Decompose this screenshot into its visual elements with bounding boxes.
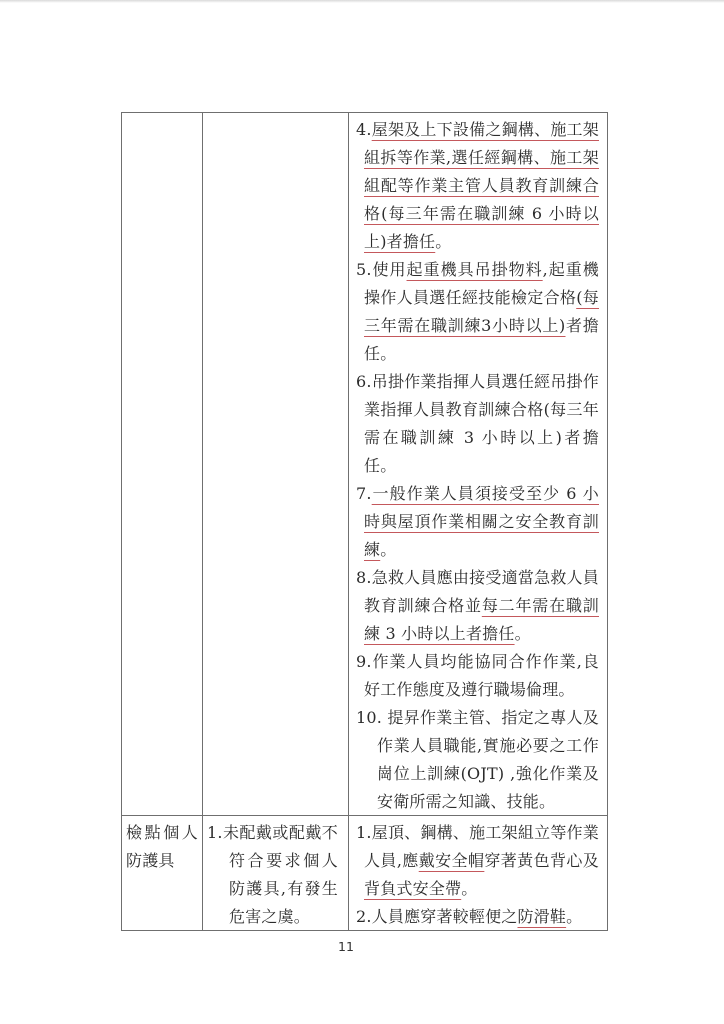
numbered-list-item: 8.急救人員應由接受適當急救人員教育訓練合格並每二年需在職訓練 3 小時以上者擔… [356, 564, 599, 648]
item-number: 8. [356, 568, 372, 587]
item-number: 1. [207, 823, 223, 842]
red-underlined-text: 起重機具吊掛物料 [407, 260, 543, 279]
red-underlined-text: 背負式安全帶 [364, 879, 461, 898]
red-underlined-text: 戴安全帽 [419, 851, 485, 870]
item-number: 7. [356, 484, 372, 503]
text-segment: 提昇作業主管、指定之專人及作業人員職能,實施必要之工作崗位上訓練(OJT) ,強… [377, 708, 599, 811]
text-segment: 。 [380, 540, 396, 559]
item-number: 10. [356, 708, 387, 727]
item-number: 1. [356, 823, 372, 842]
numbered-list-item: 5.使用起重機具吊掛物料,起重機操作人員選任經技能檢定合格(每三年需在職訓練3小… [356, 256, 599, 368]
cell-category-ppe-check: 檢點個人防護具 [122, 816, 203, 931]
numbered-list-item: 1.屋頂、鋼構、施工架組立等作業人員,應戴安全帽穿著黃色背心及背負式安全帶。 [356, 819, 599, 903]
safety-inspection-table: 4.屋架及上下設備之鋼構、施工架組拆等作業,選任經鋼構、施工架組配等作業主管人員… [121, 112, 608, 931]
cell-measures-items-4-10: 4.屋架及上下設備之鋼構、施工架組拆等作業,選任經鋼構、施工架組配等作業主管人員… [349, 113, 607, 816]
text-segment: 。 [461, 879, 477, 898]
text-segment: 。 [515, 624, 531, 643]
scanned-document-page: 4.屋架及上下設備之鋼構、施工架組拆等作業,選任經鋼構、施工架組配等作業主管人員… [0, 0, 724, 1024]
numbered-list-item: 1.未配戴或配戴不符合要求個人防護具,有發生危害之虞。 [207, 819, 338, 931]
item-number: 4. [356, 120, 372, 139]
red-underlined-text: 屋架及上下設備之鋼構、施工架組拆等作業,選任經鋼構、施工架組配等作業主管人員教育… [364, 120, 599, 251]
numbered-list-item: 9.作業人員均能協同合作作業,良好工作態度及遵行職場倫理。 [356, 648, 599, 704]
item-number: 9. [356, 652, 372, 671]
item-number: 2. [356, 907, 372, 926]
text-segment: 。 [566, 907, 582, 926]
scan-edge-artifact [0, 0, 724, 3]
text-segment: 。 [435, 232, 451, 251]
cell-hazard-continued [203, 113, 349, 816]
red-underlined-text: 一般作業人員須接受至少 6 小時與屋頂作業相關之安全教育訓練 [364, 484, 599, 559]
item-number: 6. [356, 372, 372, 391]
text-segment: 人員應穿著較輕便之 [372, 907, 518, 926]
page-number: 11 [0, 939, 692, 954]
cell-hazard-ppe: 1.未配戴或配戴不符合要求個人防護具,有發生危害之虞。 [203, 816, 349, 931]
numbered-list-item: 6.吊掛作業指揮人員選任經吊掛作業指揮人員教育訓練合格(每三年需在職訓練 3 小… [356, 368, 599, 480]
cell-measures-ppe: 1.屋頂、鋼構、施工架組立等作業人員,應戴安全帽穿著黃色背心及背負式安全帶。2.… [349, 816, 607, 931]
text-segment: 未配戴或配戴不符合要求個人防護具,有發生危害之虞。 [223, 823, 338, 926]
numbered-list-item: 7.一般作業人員須接受至少 6 小時與屋頂作業相關之安全教育訓練。 [356, 480, 599, 564]
numbered-list-item: 2.人員應穿著較輕便之防滑鞋。 [356, 903, 599, 931]
numbered-list-item: 10. 提昇作業主管、指定之專人及作業人員職能,實施必要之工作崗位上訓練(OJT… [356, 704, 599, 816]
text-segment: 作業人員均能協同合作作業,良好工作態度及遵行職場倫理。 [364, 652, 599, 699]
cell-category-continued [122, 113, 203, 816]
red-underlined-text: 防滑鞋 [517, 907, 566, 926]
text-segment: 使用 [372, 260, 407, 279]
text-segment: 吊掛作業指揮人員選任經吊掛作業指揮人員教育訓練合格(每三年需在職訓練 3 小時以… [364, 372, 599, 475]
text-segment: 穿著黃色背心及 [484, 851, 599, 870]
numbered-list-item: 4.屋架及上下設備之鋼構、施工架組拆等作業,選任經鋼構、施工架組配等作業主管人員… [356, 116, 599, 256]
item-number: 5. [356, 260, 372, 279]
